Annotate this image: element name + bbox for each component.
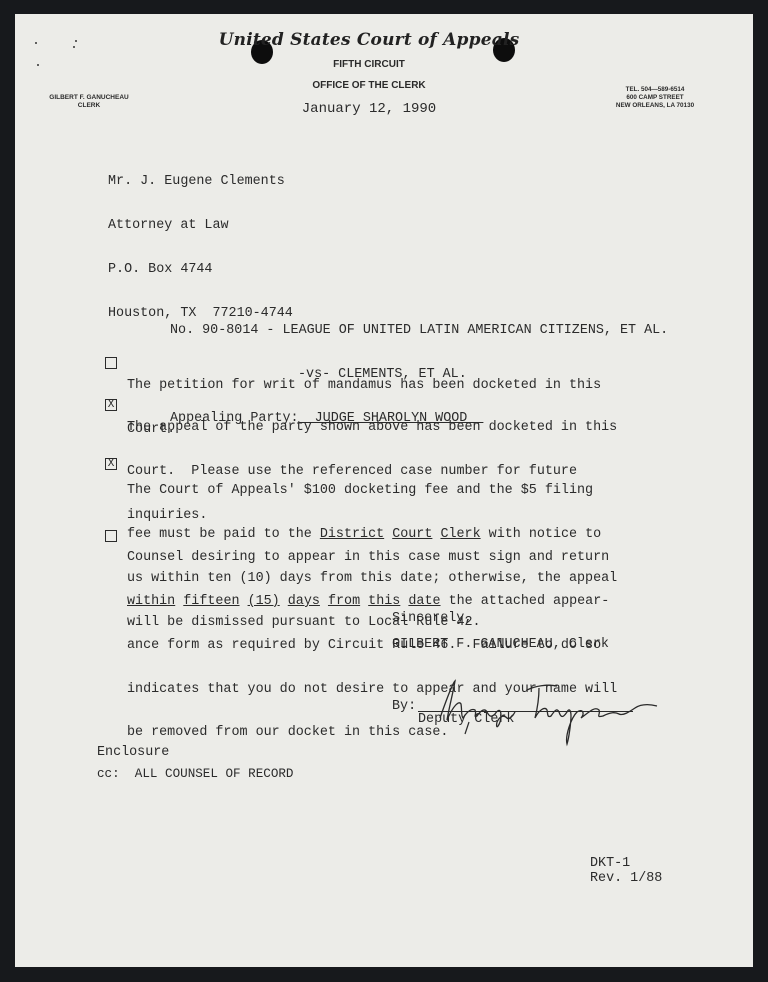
underlined-text: days bbox=[288, 594, 320, 609]
item-line: Counsel desiring to appear in this case … bbox=[127, 551, 617, 566]
checkbox-counsel-appearance[interactable] bbox=[105, 530, 117, 542]
court-name: United States Court of Appeals bbox=[15, 30, 723, 50]
salutation: Sincerely, bbox=[392, 612, 472, 627]
checkbox-appeal-docketed[interactable]: X bbox=[105, 399, 117, 411]
checkbox-docketing-fee[interactable]: X bbox=[105, 458, 117, 470]
underlined-text: date bbox=[408, 594, 440, 609]
recipient-title: Attorney at Law bbox=[108, 219, 293, 234]
form-id: DKT-1 bbox=[590, 857, 630, 872]
underlined-text: this bbox=[368, 594, 400, 609]
by-label: By: bbox=[392, 700, 416, 715]
recipient-name: Mr. J. Eugene Clements bbox=[108, 175, 293, 190]
underlined-text: within bbox=[127, 594, 175, 609]
underlined-text: fifteen bbox=[183, 594, 239, 609]
case-number: No. 90-8014 - LEAGUE OF UNITED LATIN AME… bbox=[170, 324, 668, 339]
underlined-text: (15) bbox=[248, 594, 280, 609]
enclosure: Enclosure bbox=[97, 746, 169, 761]
signature: Margie Thompson bbox=[435, 678, 665, 748]
item-line: within fifteen (15) days from this date … bbox=[127, 595, 617, 610]
recipient-box: P.O. Box 4744 bbox=[108, 263, 293, 278]
checkbox-mandamus[interactable] bbox=[105, 357, 117, 369]
form-revision: Rev. 1/88 bbox=[590, 872, 662, 887]
underlined-text: from bbox=[328, 594, 360, 609]
circuit-name: FIFTH CIRCUIT bbox=[15, 59, 723, 70]
letter-page: United States Court of Appeals FIFTH CIR… bbox=[15, 14, 753, 967]
letter-date: January 12, 1990 bbox=[15, 102, 723, 117]
item-line: The appeal of the party shown above has … bbox=[127, 421, 617, 436]
item-line: The Court of Appeals' $100 docketing fee… bbox=[127, 484, 617, 499]
cc-line: cc: ALL COUNSEL OF RECORD bbox=[97, 767, 294, 782]
clerk-name: GILBERT F. GANUCHEAU bbox=[35, 94, 143, 102]
text: the attached appear- bbox=[441, 594, 610, 609]
signer-name: GILBERT F. GANUCHEAU, Clerk bbox=[392, 638, 609, 653]
phone: TEL. 504—589-6514 bbox=[595, 86, 715, 94]
